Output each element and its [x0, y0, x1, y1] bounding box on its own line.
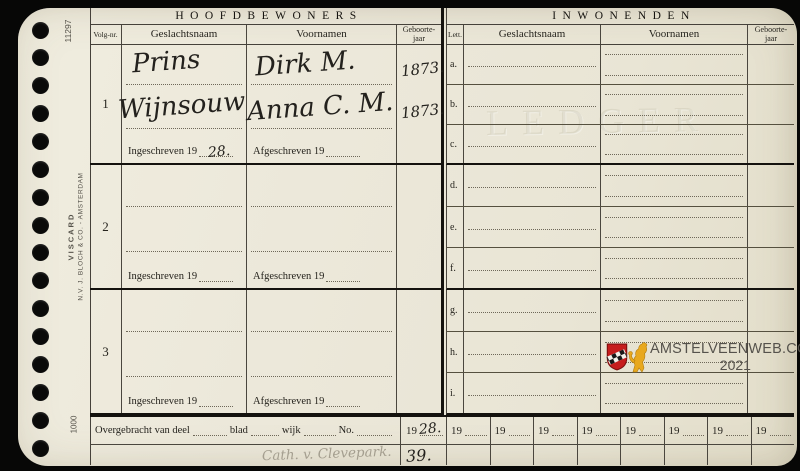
amstelveenweb-watermark: AMSTELVEENWEB.COM 2021	[606, 341, 800, 373]
empty-cell	[665, 445, 709, 465]
header-geboortejaar: Geboorte-jaar	[748, 25, 794, 44]
binder-hole	[32, 272, 49, 289]
dotted-line	[251, 84, 392, 85]
voornamen-cell	[601, 45, 748, 84]
voornamen-cell	[601, 248, 748, 288]
empty-cell	[491, 445, 535, 465]
header-geboortejaar: Geboorte-jaar	[397, 25, 441, 44]
geboortejaar-cell	[748, 290, 794, 331]
ingeschreven-label: Ingeschreven 19	[128, 271, 233, 282]
stock-number: 1000	[70, 405, 79, 445]
ingeschreven-label: Ingeschreven 19	[128, 396, 233, 407]
geslachtsnaam-cell	[464, 332, 601, 372]
geslachtsnaam-cell: Prins Wijnsouw Ingeschreven 19 28.	[122, 45, 247, 163]
geslachtsnaam-cell	[464, 373, 601, 413]
voornamen-cell	[601, 85, 748, 124]
binder-hole	[32, 244, 49, 261]
dotted-line	[126, 128, 242, 129]
binder-hole	[32, 217, 49, 234]
geboortejaar-cell	[748, 248, 794, 288]
geboortejaar-cell	[748, 85, 794, 124]
lett-label: e.	[447, 207, 464, 247]
geboortejaar-cell	[748, 165, 794, 206]
geslachtsnaam-cell	[464, 125, 601, 163]
empty-cell	[534, 445, 578, 465]
voornamen-cell: Afgeschreven 19	[247, 290, 397, 413]
header-lett: Lett.	[447, 25, 464, 44]
lion-icon	[626, 341, 648, 373]
inwonenden-header-row: Lett. Geslachtsnaam Voornamen Geboorte-j…	[446, 25, 794, 45]
transfer-labels-cell: Overgebracht van deel blad wijk No.	[90, 417, 401, 444]
geboortejaar-cell	[748, 45, 794, 84]
voornamen-cell	[601, 207, 748, 247]
no-label: No.	[339, 425, 354, 436]
hoofdbewoners-row-3: 3 Ingeschreven 19 Afgeschreven 19	[90, 290, 441, 415]
handwritten-street-note: Cath. v. Clevepark.	[262, 444, 392, 465]
voornamen-cell	[601, 290, 748, 331]
afgeschreven-label: Afgeschreven 19	[253, 396, 360, 407]
header-volgnr: Volg-nr.	[90, 25, 122, 44]
handwritten-surname-2: Wijnsouw	[117, 87, 246, 126]
section-title-hoofdbewoners: HOOFDBEWONERS	[90, 8, 441, 25]
section-title-inwonenden: INWONENDEN	[446, 8, 794, 25]
header-voornamen: Voornamen	[601, 25, 748, 44]
binder-hole	[32, 440, 49, 457]
inwonenden-row-g: g.	[446, 290, 794, 332]
geboortejaar-cell	[748, 373, 794, 413]
card-serial-number: 11297	[63, 9, 73, 53]
binder-hole	[32, 384, 49, 401]
voornamen-cell	[601, 165, 748, 206]
voornamen-cell: Dirk M. Anna C. M. Afgeschreven 19	[247, 45, 397, 163]
geslachtsnaam-cell	[464, 290, 601, 331]
handwritten-year: 28.	[418, 420, 442, 438]
binder-hole	[32, 22, 49, 39]
handwritten-birthyear-2: 1873.	[400, 100, 445, 122]
inwonenden-row-i: i.	[446, 373, 794, 415]
binder-hole	[32, 356, 49, 373]
address-note-cell: Cath. v. Clevepark.	[90, 445, 401, 465]
empty-cell	[447, 445, 491, 465]
printer-imprint: VISCARD N.V. J. BLOCH & CO. - AMSTERDAM	[66, 157, 87, 317]
lett-label: i.	[447, 373, 464, 413]
dotted-line	[126, 84, 242, 85]
lett-label: b.	[447, 85, 464, 124]
binder-hole	[32, 49, 49, 66]
coat-of-arms-shield-icon	[606, 343, 628, 371]
handwritten-house-number: 39.	[405, 445, 432, 466]
lett-label: g.	[447, 290, 464, 331]
handwritten-birthyear-1: 1873.	[400, 58, 445, 80]
volgnr-cell: 3	[90, 290, 122, 413]
binder-hole	[32, 133, 49, 150]
binder-hole	[32, 300, 49, 317]
empty-cell	[752, 445, 795, 465]
geslachtsnaam-cell: Ingeschreven 19	[122, 165, 247, 288]
binder-hole	[32, 77, 49, 94]
wijk-label: wijk	[282, 425, 301, 436]
empty-cell	[578, 445, 622, 465]
handwritten-firstname-2: Anna C. M.	[246, 87, 394, 127]
voornamen-cell: Afgeschreven 19	[247, 165, 397, 288]
geslachtsnaam-cell	[464, 207, 601, 247]
geslachtsnaam-cell	[464, 248, 601, 288]
inwonenden-row-b: b.	[446, 85, 794, 125]
geboortejaar-cell	[748, 125, 794, 163]
hoofdbewoners-header-row: Volg-nr. Geslachtsnaam Voornamen Geboort…	[90, 25, 441, 45]
header-geslachtsnaam: Geslachtsnaam	[464, 25, 601, 44]
year-cell: 19	[665, 417, 709, 444]
blad-label: blad	[230, 425, 248, 436]
geslachtsnaam-cell	[464, 45, 601, 84]
printer-company: N.V. J. BLOCH & CO. - AMSTERDAM	[77, 157, 87, 317]
geslachtsnaam-cell	[464, 165, 601, 206]
voornamen-cell	[601, 373, 748, 413]
year-cell: 19	[534, 417, 578, 444]
overgebracht-label: Overgebracht van deel	[95, 425, 190, 436]
inwonenden-row-e: e.	[446, 207, 794, 248]
house-number-cell: 39.	[401, 445, 447, 465]
handwritten-ingeschreven-year: 28.	[207, 143, 231, 161]
empty-cell	[621, 445, 665, 465]
geslachtsnaam-cell: Ingeschreven 19	[122, 290, 247, 413]
hoofdbewoners-row-1: 1 Prins Wijnsouw Ingeschreven 19 28. Dir…	[90, 45, 441, 165]
watermark-text-block: AMSTELVEENWEB.COM 2021	[650, 341, 800, 373]
year-cell: 19	[621, 417, 665, 444]
afgeschreven-label: Afgeschreven 19	[253, 146, 360, 157]
address-row: Cath. v. Clevepark. 39.	[90, 445, 794, 465]
geboortejaar-cell	[397, 290, 441, 413]
binder-hole	[32, 328, 49, 345]
geboortejaar-cell: 1873. 1873.	[397, 45, 441, 163]
registration-card: 11297 VISCARD N.V. J. BLOCH & CO. - AMST…	[18, 8, 797, 466]
header-geslachtsnaam: Geslachtsnaam	[122, 25, 247, 44]
geboortejaar-cell	[748, 207, 794, 247]
binder-hole	[32, 189, 49, 206]
first-year-cell: 19 28.	[401, 417, 447, 444]
header-voornamen: Voornamen	[247, 25, 397, 44]
lett-label: c.	[447, 125, 464, 163]
lett-label: d.	[447, 165, 464, 206]
year-cell: 19	[578, 417, 622, 444]
hoofdbewoners-row-2: 2 Ingeschreven 19 Afgeschreven 19	[90, 165, 441, 290]
binder-hole	[32, 161, 49, 178]
geslachtsnaam-cell	[464, 85, 601, 124]
inwonenden-row-c: c.	[446, 125, 794, 165]
printer-brand: VISCARD	[66, 157, 77, 317]
year-cell: 19	[752, 417, 795, 444]
inwonenden-row-f: f.	[446, 248, 794, 290]
lett-label: a.	[447, 45, 464, 84]
year-cell: 19	[708, 417, 752, 444]
inwonenden-row-a: a.	[446, 45, 794, 85]
handwritten-firstname-1: Dirk M.	[254, 46, 356, 83]
watermark-year: 2021	[720, 357, 751, 373]
voornamen-cell	[601, 125, 748, 163]
watermark-site: AMSTELVEENWEB.COM	[650, 341, 800, 357]
lett-label: h.	[447, 332, 464, 372]
handwritten-surname-1: Prins	[131, 45, 201, 80]
afgeschreven-label: Afgeschreven 19	[253, 271, 360, 282]
year-cell: 19	[447, 417, 491, 444]
empty-cell	[708, 445, 752, 465]
binder-hole	[32, 412, 49, 429]
dotted-line	[251, 128, 392, 129]
lett-label: f.	[447, 248, 464, 288]
year-cell: 19	[491, 417, 535, 444]
binder-hole	[32, 105, 49, 122]
inwonenden-row-d: d.	[446, 165, 794, 207]
transfer-row: Overgebracht van deel blad wijk No. 19 2…	[90, 415, 794, 445]
volgnr-cell: 2	[90, 165, 122, 288]
geboortejaar-cell	[397, 165, 441, 288]
